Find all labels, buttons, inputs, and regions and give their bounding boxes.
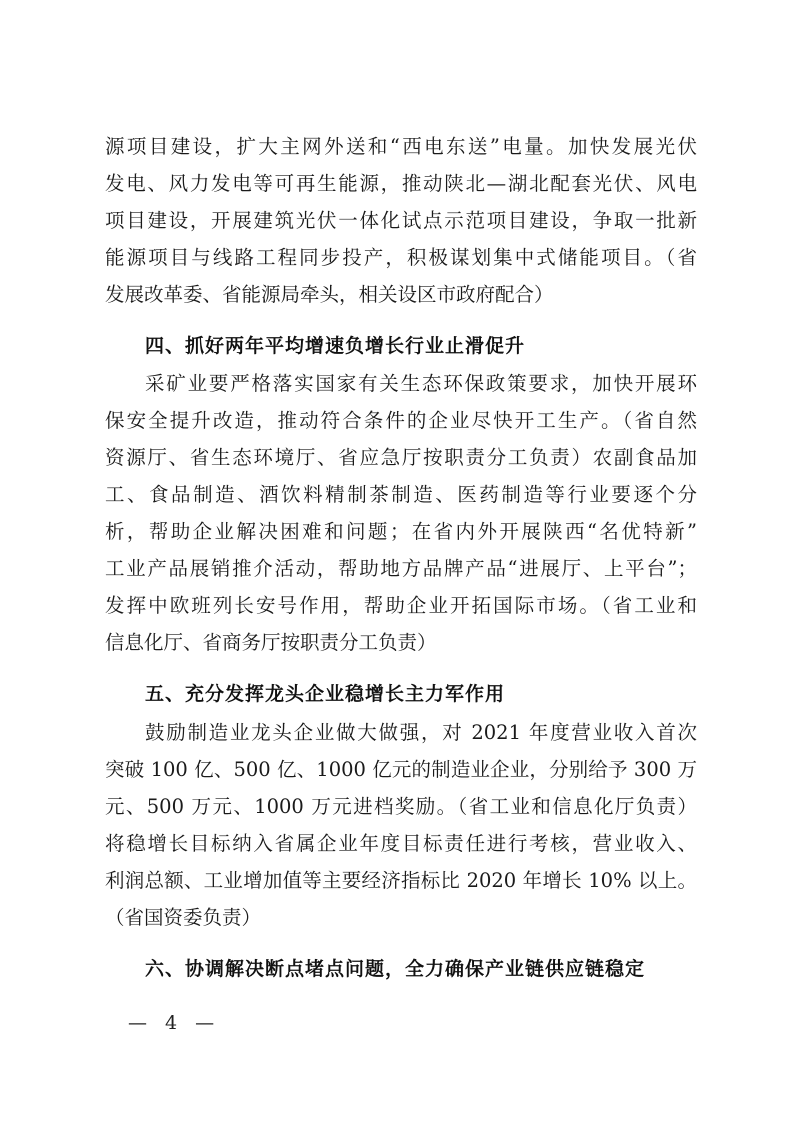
body-text-line: 析，帮助企业解决困难和问题；在省内外开展陕西“名优特新” <box>105 519 697 545</box>
section-heading-5: 五、充分发挥龙头企业稳增长主力军作用 <box>145 681 505 707</box>
page-number: — 4 — <box>128 1012 220 1034</box>
body-text-line: （省国资委负责） <box>105 905 697 931</box>
document-page: 源项目建设，扩大主网外送和“西电东送”电量。加快发展光伏 发电、风力发电等可再生… <box>0 0 800 1132</box>
body-text-line: 发展改革委、省能源局牵头，相关设区市政府配合） <box>105 282 697 308</box>
body-text-line: 发电、风力发电等可再生能源，推动陕北—湖北配套光伏、风电 <box>105 171 697 197</box>
body-text-line: 资源厅、省生态环境厅、省应急厅按职责分工负责）农副食品加 <box>105 445 697 471</box>
body-text-line: 信息化厅、省商务厅按职责分工负责） <box>105 630 697 656</box>
body-text-line: 工、食品制造、酒饮料精制茶制造、医药制造等行业要逐个分 <box>105 482 697 508</box>
body-text-line: 利润总额、工业增加值等主要经济指标比 2020 年增长 10% 以上。 <box>105 868 697 894</box>
body-text-line: 将稳增长目标纳入省属企业年度目标责任进行考核，营业收入、 <box>105 831 697 857</box>
body-text-line: 元、500 万元、1000 万元进档奖励。（省工业和信息化厅负责） <box>105 794 697 820</box>
body-text-line: 采矿业要严格落实国家有关生态环保政策要求，加快开展环 <box>145 371 697 397</box>
body-text-line: 保安全提升改造，推动符合条件的企业尽快开工生产。（省自然 <box>105 408 697 434</box>
body-text-line: 源项目建设，扩大主网外送和“西电东送”电量。加快发展光伏 <box>105 134 697 160</box>
body-text-line: 项目建设，开展建筑光伏一体化试点示范项目建设，争取一批新 <box>105 208 697 234</box>
body-text-line: 能源项目与线路工程同步投产，积极谋划集中式储能项目。（省 <box>105 245 697 271</box>
section-heading-6: 六、协调解决断点堵点问题，全力确保产业链供应链稳定 <box>145 956 645 982</box>
body-text-line: 突破 100 亿、500 亿、1000 亿元的制造业企业，分别给予 300 万 <box>105 757 697 783</box>
section-heading-4: 四、抓好两年平均增速负增长行业止滑促升 <box>145 333 525 359</box>
body-text-line: 工业产品展销推介活动，帮助地方品牌产品“进展厅、上平台”； <box>105 556 697 582</box>
body-text-line: 鼓励制造业龙头企业做大做强，对 2021 年度营业收入首次 <box>145 720 697 746</box>
body-text-line: 发挥中欧班列长安号作用，帮助企业开拓国际市场。（省工业和 <box>105 593 697 619</box>
